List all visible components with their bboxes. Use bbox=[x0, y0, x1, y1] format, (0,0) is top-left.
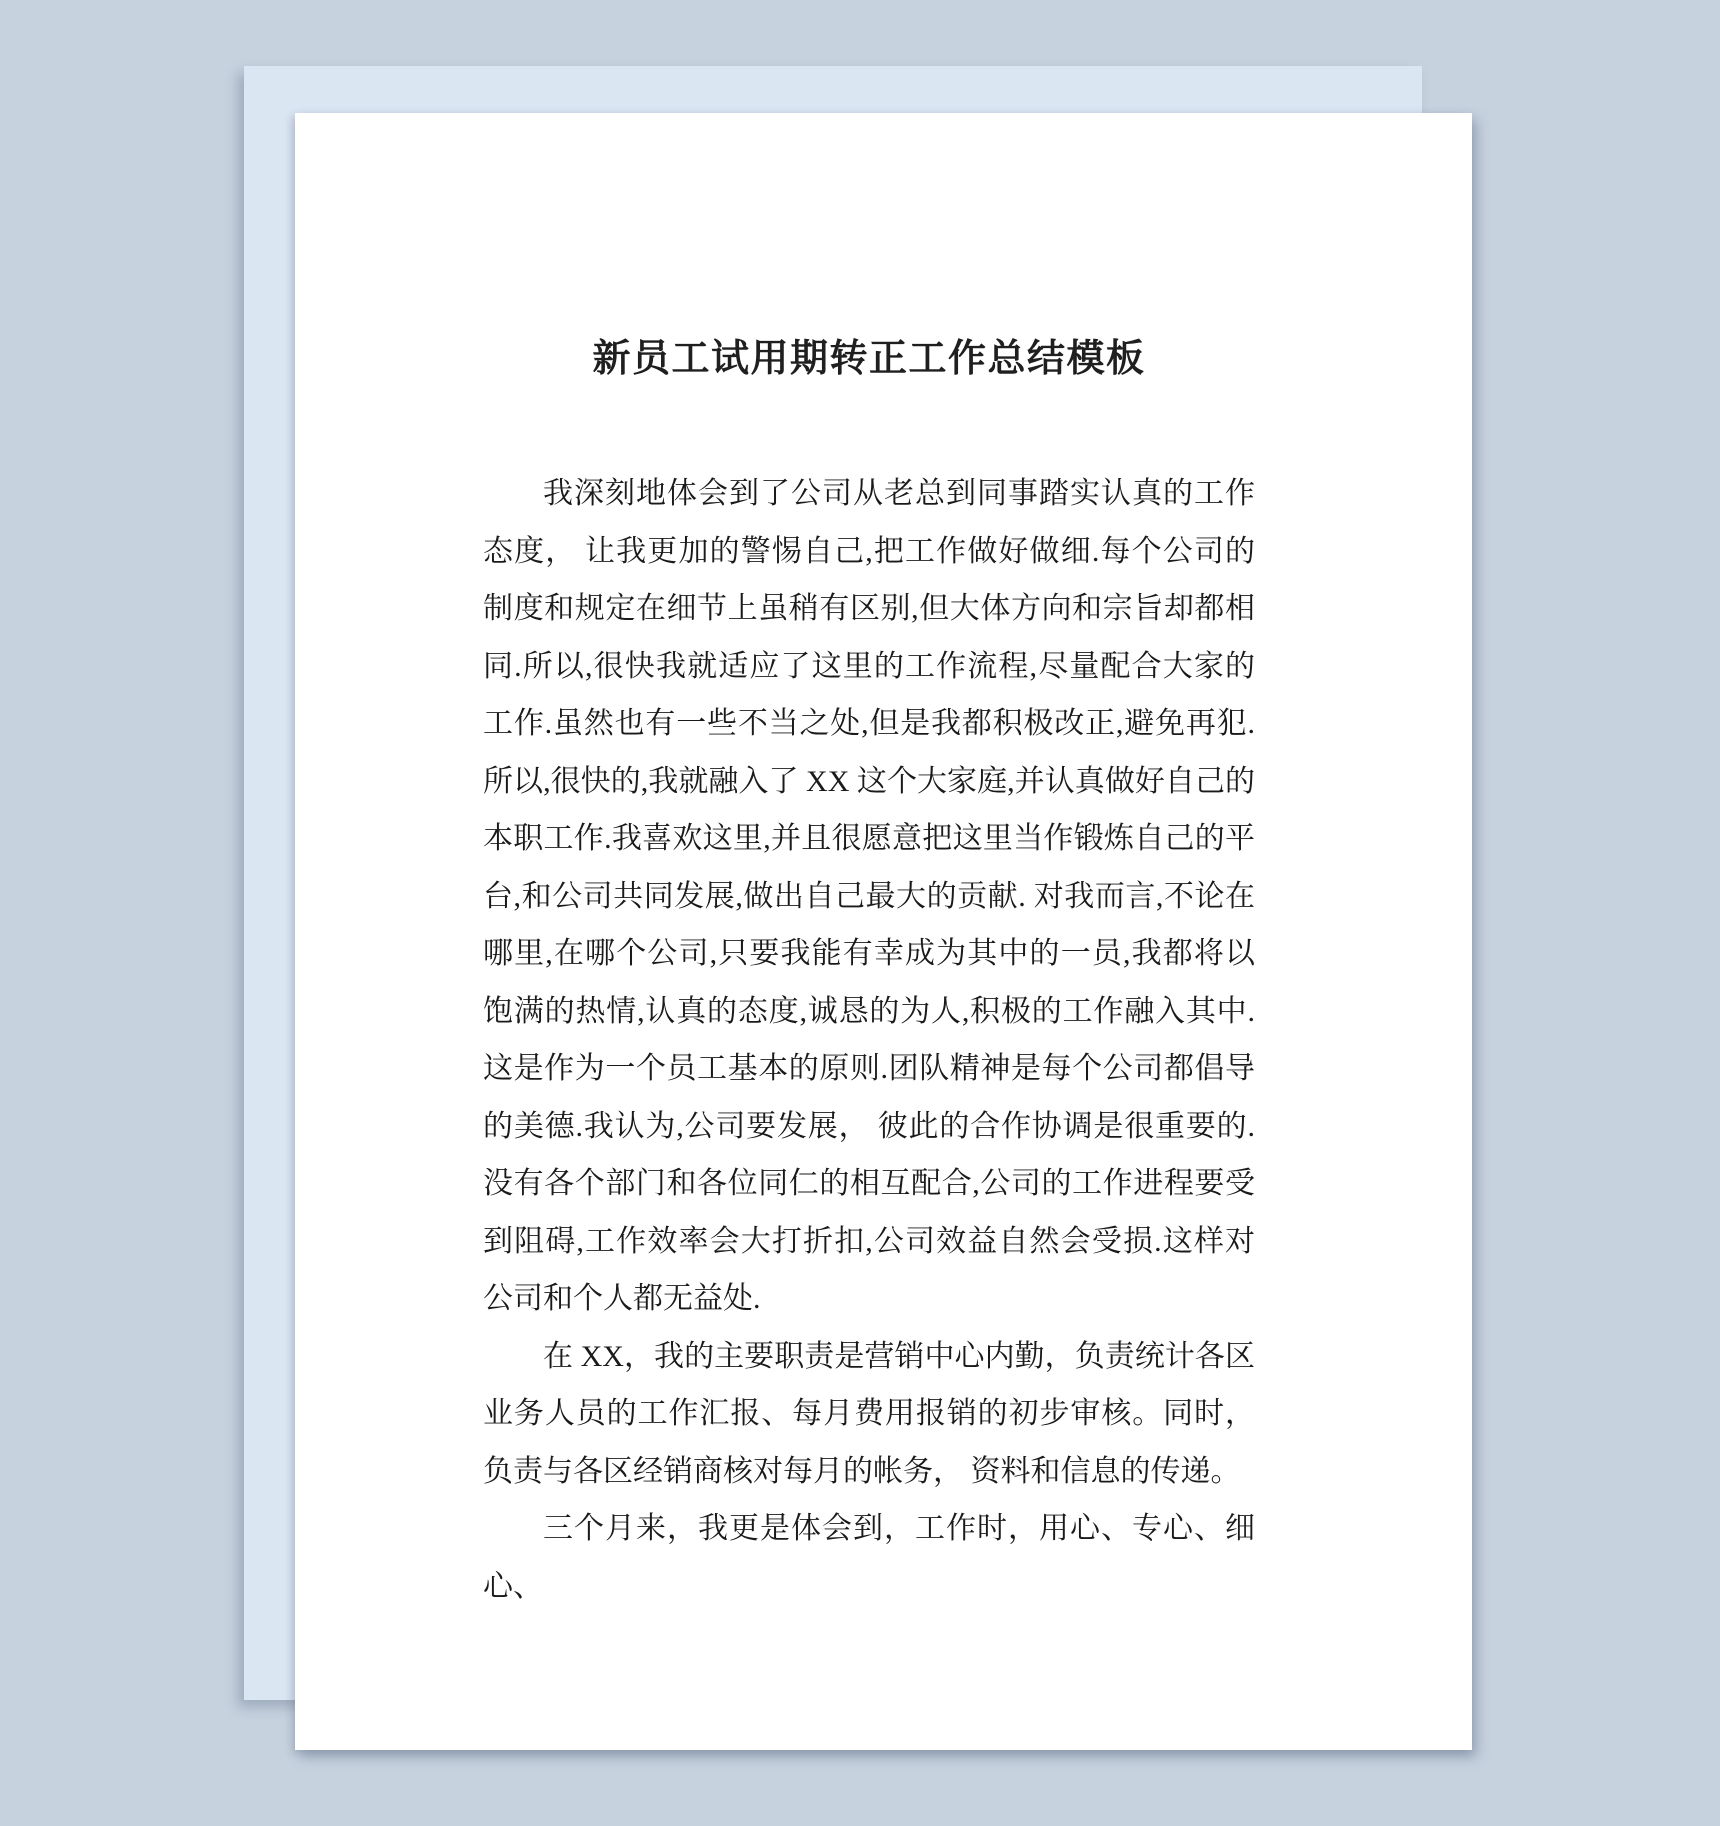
document-preview-canvas: 新员工试用期转正工作总结模板 我深刻地体会到了公司从老总到同事踏实认真的工作态度… bbox=[0, 0, 1720, 1826]
document-title: 新员工试用期转正工作总结模板 bbox=[483, 336, 1255, 382]
paragraph: 我深刻地体会到了公司从老总到同事踏实认真的工作态度， 让我更加的警惕自己,把工作… bbox=[483, 465, 1255, 1328]
document-body: 我深刻地体会到了公司从老总到同事踏实认真的工作态度， 让我更加的警惕自己,把工作… bbox=[483, 465, 1255, 1615]
document-page: 新员工试用期转正工作总结模板 我深刻地体会到了公司从老总到同事踏实认真的工作态度… bbox=[295, 113, 1472, 1750]
paragraph: 三个月来，我更是体会到，工作时，用心、专心、细心、 bbox=[483, 1500, 1255, 1615]
page-content: 新员工试用期转正工作总结模板 我深刻地体会到了公司从老总到同事踏实认真的工作态度… bbox=[483, 113, 1255, 1615]
paragraph: 在 XX，我的主要职责是营销中心内勤，负责统计各区业务人员的工作汇报、每月费用报… bbox=[483, 1328, 1255, 1501]
